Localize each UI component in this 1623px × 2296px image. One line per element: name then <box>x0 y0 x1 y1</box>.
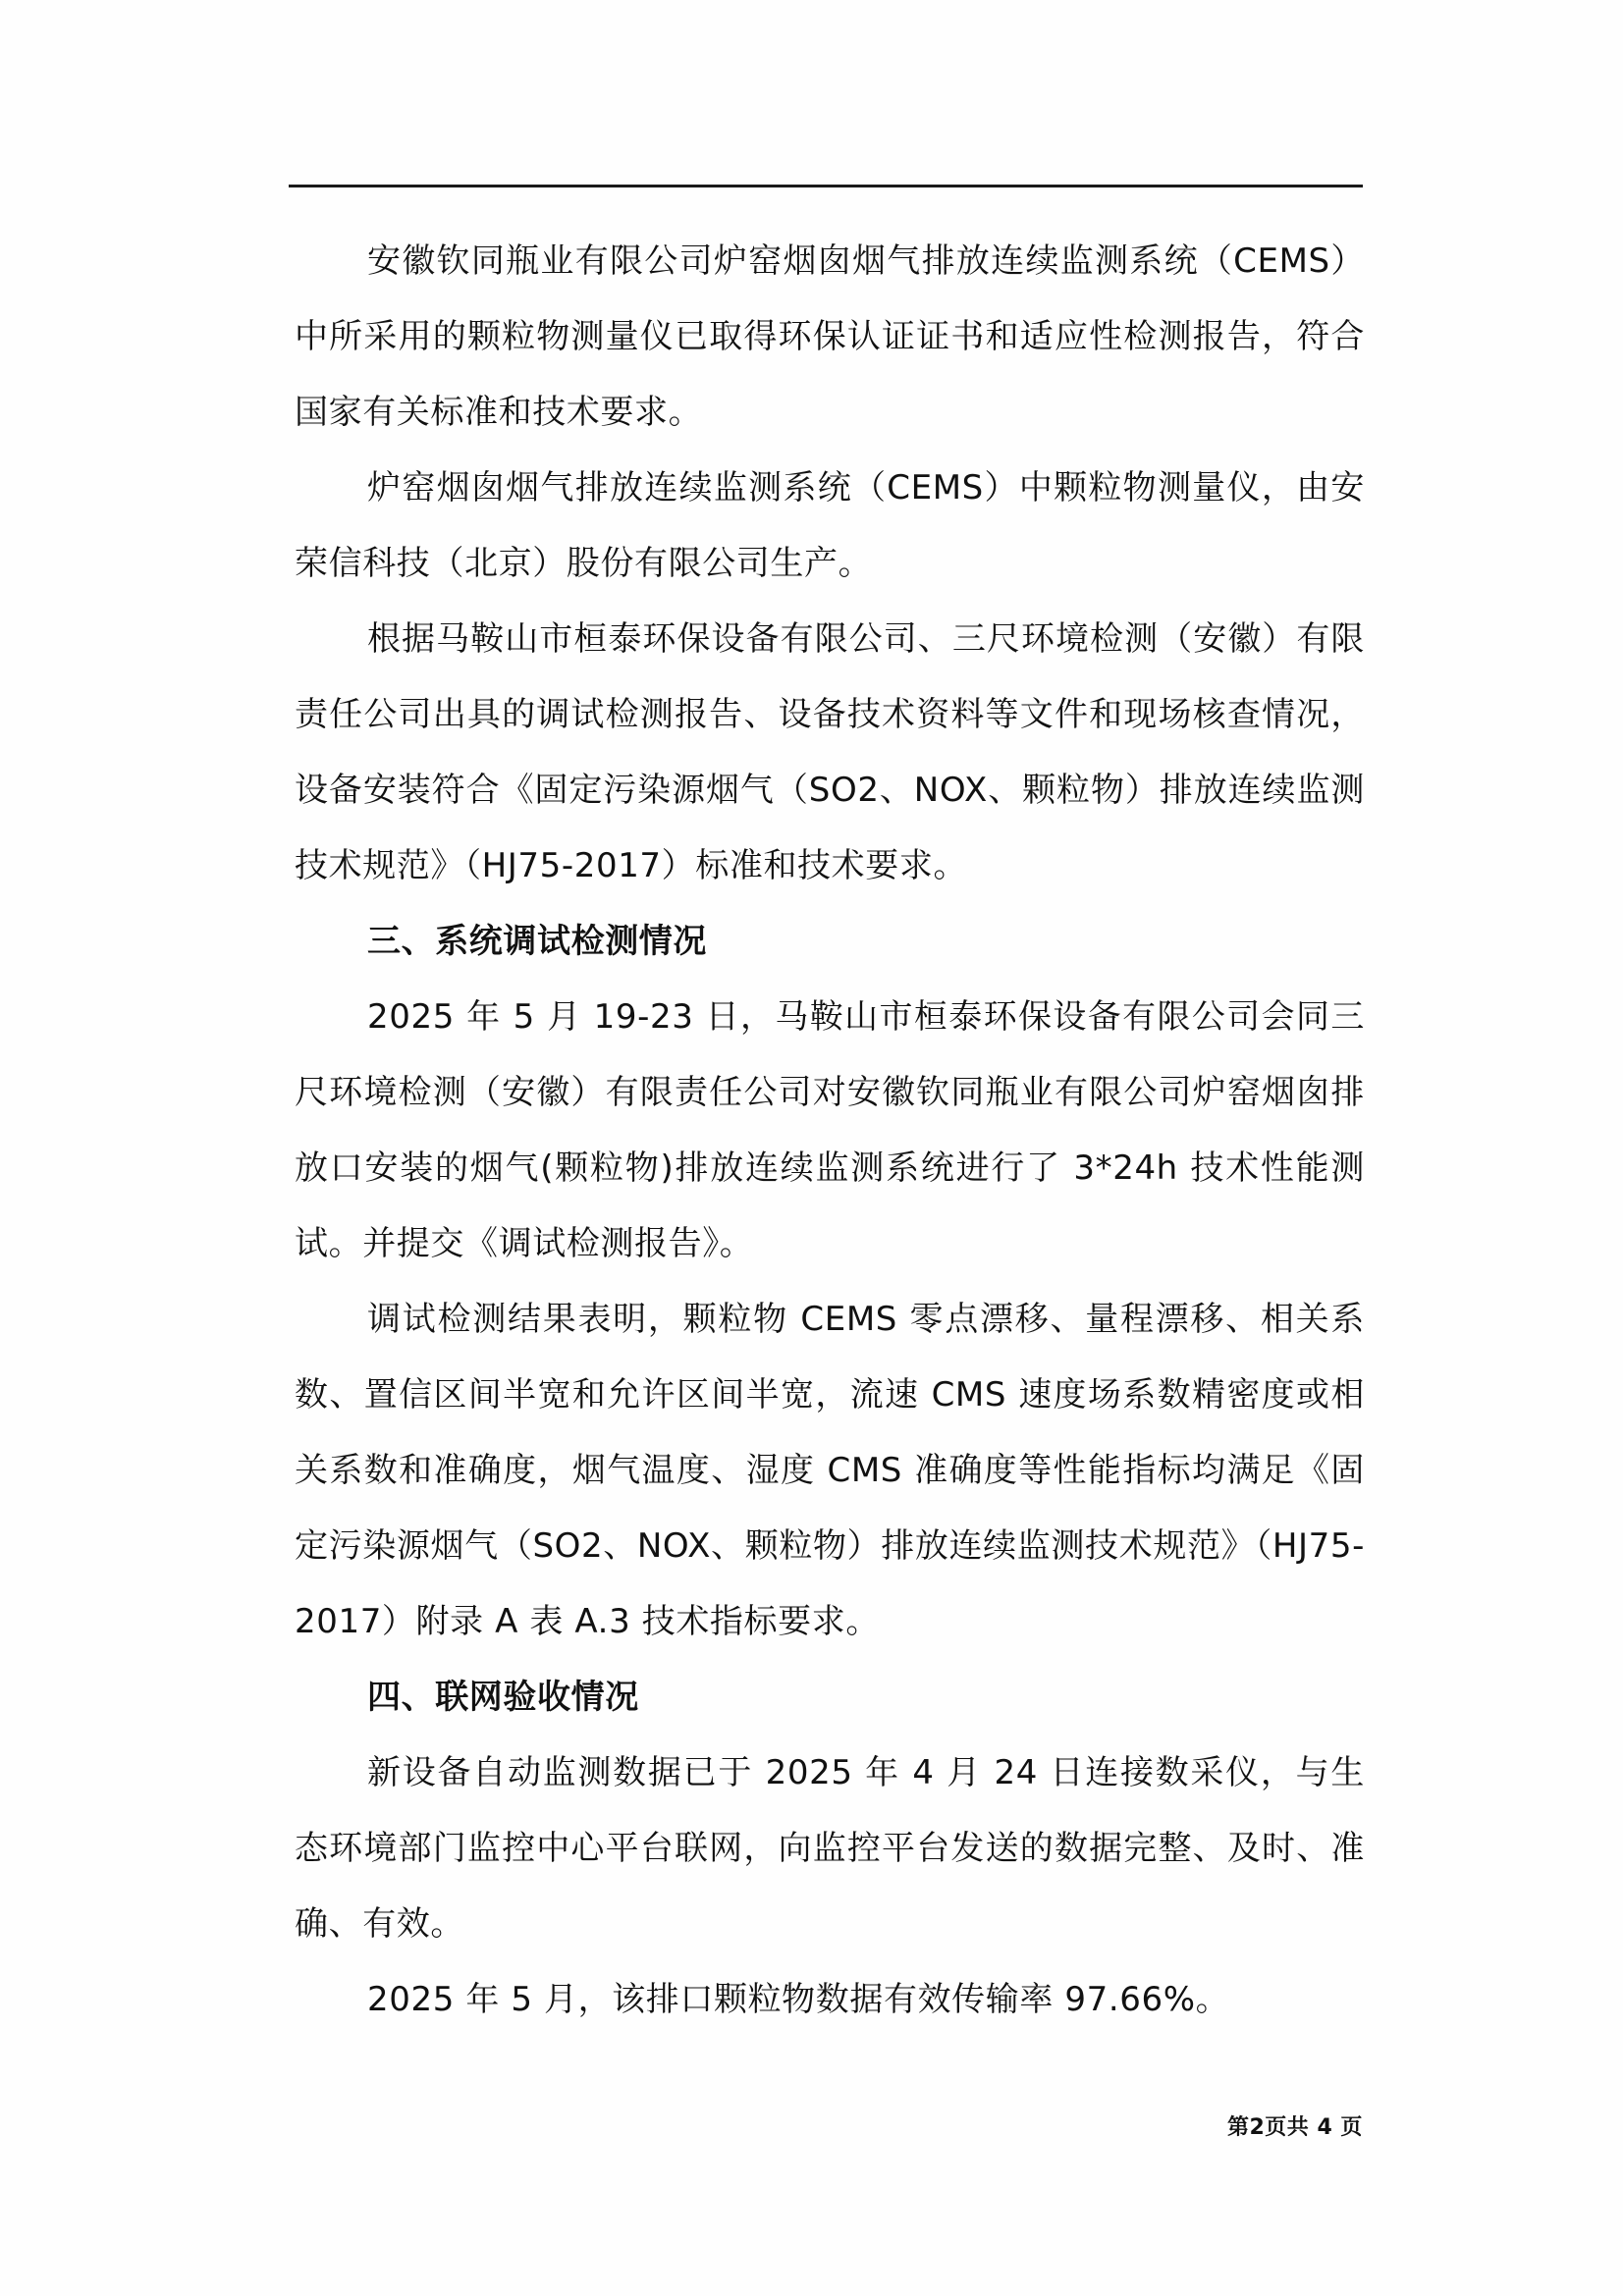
paragraph-transmission-rate: 2025 年 5 月，该排口颗粒物数据有效传输率 97.66%。 <box>295 1962 1365 2038</box>
section-heading-network-acceptance: 四、联网验收情况 <box>295 1660 1365 1735</box>
page-number-indicator: 第2页共 4 页 <box>1227 2110 1363 2141</box>
section-heading-system-debugging: 三、系统调试检测情况 <box>295 904 1365 980</box>
document-body: 安徽钦同瓶业有限公司炉窑烟囱烟气排放连续监测系统（CEMS）中所采用的颗粒物测量… <box>295 224 1365 2038</box>
paragraph-installation-compliance: 根据马鞍山市桓泰环保设备有限公司、三尺环境检测（安徽）有限责任公司出具的调试检测… <box>295 602 1365 904</box>
paragraph-manufacturer: 炉窑烟囱烟气排放连续监测系统（CEMS）中颗粒物测量仪，由安荣信科技（北京）股份… <box>295 451 1365 602</box>
paragraph-network-connection: 新设备自动监测数据已于 2025 年 4 月 24 日连接数采仪，与生态环境部门… <box>295 1735 1365 1962</box>
paragraph-debugging-test: 2025 年 5 月 19-23 日，马鞍山市桓泰环保设备有限公司会同三尺环境检… <box>295 980 1365 1282</box>
paragraph-debugging-results: 调试检测结果表明，颗粒物 CEMS 零点漂移、量程漂移、相关系数、置信区间半宽和… <box>295 1282 1365 1660</box>
document-page: 安徽钦同瓶业有限公司炉窑烟囱烟气排放连续监测系统（CEMS）中所采用的颗粒物测量… <box>0 0 1623 2296</box>
paragraph-cems-certification: 安徽钦同瓶业有限公司炉窑烟囱烟气排放连续监测系统（CEMS）中所采用的颗粒物测量… <box>295 224 1365 451</box>
header-rule-divider <box>289 185 1363 187</box>
